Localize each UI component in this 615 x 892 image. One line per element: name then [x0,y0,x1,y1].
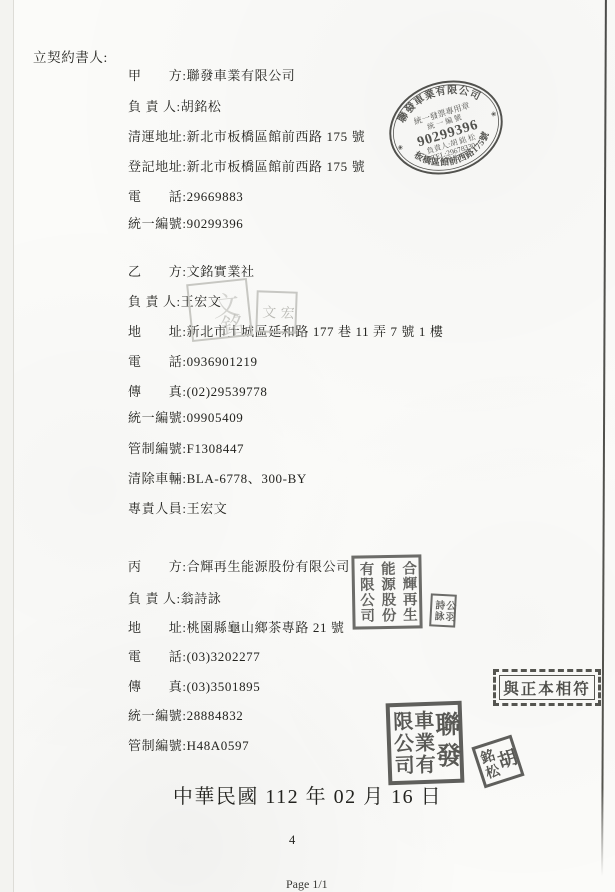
hehui-col-mid: 能源股份 [379,561,395,623]
invoice-oval-stamp-art: 聯發車業有限公司 統一發票專用章 統 一 編 號 90299396 ❀ ❀ 負責… [376,65,517,190]
hehui-col-right: 合輝再生 [401,561,417,623]
party-c-fax-line: 傳 真:(03)3501895 [128,676,260,695]
party-b-staff-line: 專責人員:王宏文 [128,498,227,517]
certified-true-copy-stamp: 與正本相符 [493,669,601,706]
wang-seal-stamp: 宏 文 [255,290,297,333]
party-c-name-line: 丙 方:合輝再生能源股份有限公司 [128,556,350,575]
party-b-vehicles-line: 清除車輛:BLA-6778、300-BY [128,468,307,487]
hehui-company-stamp: 合輝再生 能源股份 有限公司 [351,554,422,629]
scan-left-edge [0,0,14,892]
scan-right-edge [601,0,607,876]
wang-seal-col-right: 宏 [279,305,293,319]
party-c-uniform-no: 統一編號:28884832 [128,705,243,724]
wenming-company-stamp: 文 銘 [186,278,253,342]
party-a-uniform-no: 統一編號:90299396 [128,213,243,232]
lianfa-col-left: 限公司 [390,710,412,777]
hehui-col-left: 有限公司 [358,561,374,623]
roc-date-line: 中華民國 112 年 02 月 16 日 [0,780,615,809]
party-b-uniform-no: 統一編號:09905409 [128,407,243,426]
party-b-control-no: 管制編號:F1308447 [128,438,244,457]
weng-seal-col-left: 詩詠 [432,599,443,621]
page-footer: Page 1/1 [286,877,328,892]
party-a-name-line: 甲 方:聯發車業有限公司 [128,65,295,84]
party-c-address-line: 地 址:桃園縣龜山鄉茶專路 21 號 [128,617,345,636]
wang-seal-col-left: 文 [260,304,274,318]
weng-personal-seal: 公羽 詩詠 [429,593,457,627]
invoice-oval-stamp: 聯發車業有限公司 統一發票專用章 統 一 編 號 90299396 ❀ ❀ 負責… [376,65,517,190]
flower-mark-right: ❀ [490,110,497,118]
hu-seal-col-right: 胡 [493,747,517,771]
party-c-phone-line: 電 話:(03)3202277 [128,646,260,665]
party-a-owner-line: 負 責 人:胡銘松 [128,96,222,115]
page-number: 4 [289,833,295,848]
party-c-control-no: 管制編號:H48A0597 [128,735,249,754]
party-a-reg-address: 登記地址:新北市板橋區館前西路 175 號 [128,156,365,175]
weng-seal-col-right: 公羽 [443,600,454,622]
intro-line: 立契約書人: [33,46,108,66]
party-b-phone-line: 電 話:0936901219 [128,351,258,370]
scanned-contract-page: 立契約書人: 甲 方:聯發車業有限公司 負 責 人:胡銘松 清運地址:新北市板橋… [0,0,615,892]
party-b-name-line: 乙 方:文銘實業社 [128,261,255,280]
lianfa-col-mid: 車業有 [411,710,433,777]
lianfa-company-stamp: 聯發 車業有 限公司 [386,701,465,786]
certified-text: 與正本相符 [503,677,591,699]
party-a-haul-address: 清運地址:新北市板橋區館前西路 175 號 [128,126,365,145]
flower-mark-left: ❀ [397,144,404,152]
party-b-fax-line: 傳 真:(02)29539778 [128,381,267,400]
party-c-owner-line: 負 責 人:翁詩詠 [128,588,222,607]
party-a-phone-line: 電 話:29669883 [128,186,243,205]
wenming-char-2: 銘 [219,307,245,342]
lianfa-col-right: 聯發 [432,711,459,774]
